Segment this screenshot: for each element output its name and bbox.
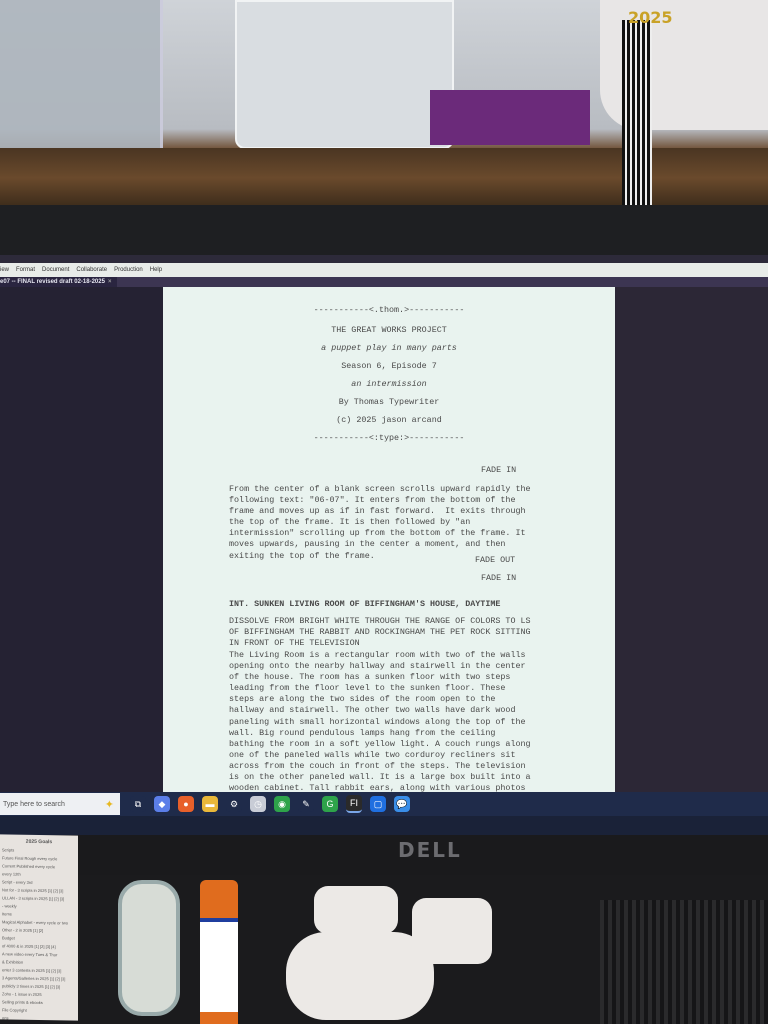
settings-icon[interactable]: ⚙ — [226, 796, 242, 812]
project-title: THE GREAT WORKS PROJECT — [163, 325, 615, 335]
editor-workspace: -----------<.thom.>----------- THE GREAT… — [0, 287, 768, 792]
season-episode: Season 6, Episode 7 — [163, 361, 615, 371]
tape-roll — [118, 880, 180, 1016]
sticky-note-line: A new video every Tues & Thur — [2, 951, 76, 957]
sticky-note-line: Not for - 3 scripts in 2025 [1] [2] [3] — [2, 887, 76, 893]
menu-view[interactable]: iew — [0, 267, 9, 273]
tassel-year: 2025 — [628, 8, 673, 27]
glue-stick — [200, 880, 238, 1024]
taskbar-icons: ⧉◆●▬⚙◷◉✎GFI▢💬 — [130, 795, 410, 813]
sticky-note: 2025 Goals ScriptsFuture Final Rough eve… — [0, 834, 78, 1020]
chrome-alt-icon[interactable]: G — [322, 796, 338, 812]
menu-document[interactable]: Document — [42, 267, 69, 273]
monitor-bezel-bottom — [0, 835, 768, 880]
final-draft-icon[interactable]: FI — [346, 795, 362, 813]
menu-format[interactable]: Format — [16, 267, 35, 273]
title-rule-top: -----------<.thom.>----------- — [163, 305, 615, 315]
transition-fade-out: FADE OUT — [475, 555, 515, 565]
episode-title: an intermission — [163, 379, 615, 389]
file-explorer-icon[interactable]: ▬ — [202, 796, 218, 812]
scene-heading: INT. SUNKEN LIVING ROOM OF BIFFINGHAM'S … — [229, 599, 559, 610]
sticky-note-line: - weekly — [2, 903, 76, 909]
sticky-note-line: Script - every 3rd — [2, 879, 76, 885]
recorder-icon[interactable]: ✎ — [298, 796, 314, 812]
sparkle-icon: ✦ — [105, 798, 120, 811]
sticky-note-line: Budget — [2, 935, 76, 941]
document-tab-strip: e07 -- FINAL revised draft 02-18-2025× — [0, 277, 768, 287]
search-placeholder: Type here to search — [3, 801, 65, 808]
sticky-note-line: publicly 3 times in 2025 [1] [2] [3] — [2, 983, 76, 989]
sticky-note-line: Other - 2 in 2025 [1] [2] — [2, 927, 76, 933]
sticky-note-line: every 12th — [2, 871, 76, 877]
sticky-note-line: File Copyright — [2, 1007, 76, 1013]
document-tab-title: e07 -- FINAL revised draft 02-18-2025 — [0, 279, 105, 285]
screen-bottom-edge — [0, 816, 768, 835]
storage-bin-clear — [235, 0, 454, 149]
sticky-note-line: 3 Agents/Galleries in 2025 [1] [2] [3] — [2, 975, 76, 981]
menu-help[interactable]: Help — [150, 267, 162, 273]
sticky-note-line: Zoho - 1 issue in 2025 — [2, 991, 76, 997]
taskbar-search[interactable]: Type here to search ✦ — [0, 793, 120, 815]
subtitle: a puppet play in many parts — [163, 343, 615, 353]
monitor-bezel-top — [0, 205, 768, 255]
chrome-icon[interactable]: ◉ — [274, 796, 290, 812]
storage-bin — [0, 0, 163, 150]
sticky-note-line: enter 3 contests in 2025 [1] [2] [3] — [2, 967, 76, 973]
sticky-note-line: Current Published every cycle — [2, 863, 76, 869]
earbud-case — [314, 886, 398, 934]
sticky-note-line: Future Final Rough every cycle — [2, 855, 76, 861]
close-tab-icon[interactable]: × — [108, 279, 112, 285]
clock-app-icon[interactable]: ◷ — [250, 796, 266, 812]
speaker-grille — [600, 900, 768, 1024]
author-line: By Thomas Typewriter — [163, 397, 615, 407]
transition-fade-in: FADE IN — [481, 465, 516, 475]
monitor-screen: iew Format Document Collaborate Producti… — [0, 255, 768, 835]
sticky-note-lines: ScriptsFuture Final Rough every cycleCur… — [0, 847, 78, 1020]
document-tab[interactable]: e07 -- FINAL revised draft 02-18-2025× — [0, 277, 117, 287]
sticky-note-line: Selling prints & ebooks — [2, 999, 76, 1005]
firefox-icon[interactable]: ● — [178, 796, 194, 812]
sticky-note-line: Magical Alphabet - every cycle or two — [2, 919, 76, 925]
sticky-note-line: ULLAN - 3 scripts in 2025 [1] [2] [3] — [2, 895, 76, 901]
earbud-case-large — [286, 932, 434, 1020]
wood-shelf — [0, 148, 768, 208]
script-page[interactable]: -----------<.thom.>----------- THE GREAT… — [163, 287, 615, 817]
sticky-note-line: & Exhibition — [2, 959, 76, 965]
action-block-2: DISSOLVE FROM BRIGHT WHITE THROUGH THE R… — [229, 616, 559, 649]
menu-collaborate[interactable]: Collaborate — [76, 267, 107, 273]
sticky-note-line: of 4000 & in 2025 [1] [2] [3] [4] — [2, 943, 76, 949]
sticky-note-line: Scripts — [2, 847, 76, 853]
taskbar: Type here to search ✦ ⧉◆●▬⚙◷◉✎GFI▢💬 — [0, 792, 768, 816]
chat-app-icon[interactable]: 💬 — [394, 796, 410, 812]
action-block-1: From the center of a blank screen scroll… — [229, 484, 559, 562]
purple-object — [430, 90, 590, 145]
sticky-note-line: Items — [2, 911, 76, 917]
menu-production[interactable]: Production — [114, 267, 143, 273]
copilot-icon[interactable]: ◆ — [154, 796, 170, 812]
sticky-note-title: 2025 Goals — [0, 838, 78, 845]
copyright-line: (c) 2025 jason arcand — [163, 415, 615, 425]
menu-bar: iew Format Document Collaborate Producti… — [0, 263, 768, 277]
task-view-icon[interactable]: ⧉ — [130, 796, 146, 812]
monitor-logo: DELL — [398, 838, 462, 862]
title-rule-bottom: -----------<:type:>----------- — [163, 433, 615, 443]
blue-app-icon[interactable]: ▢ — [370, 796, 386, 812]
transition-fade-in-2: FADE IN — [481, 573, 516, 583]
graduation-tassel — [622, 20, 652, 205]
workspace-right-panel — [615, 287, 768, 817]
